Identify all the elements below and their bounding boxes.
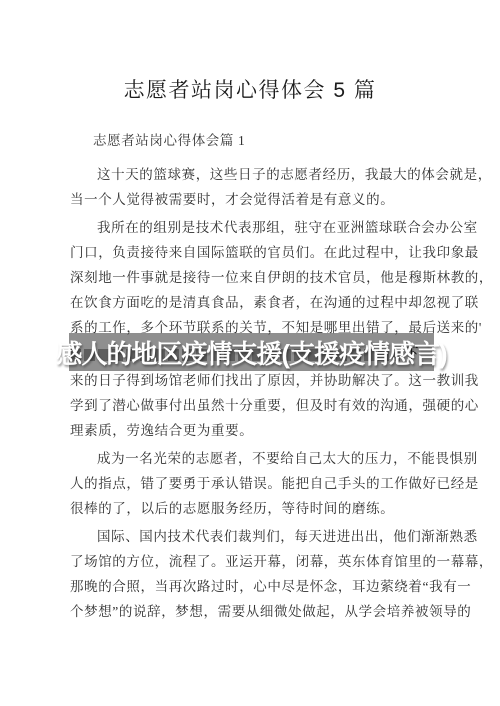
paragraph-line: 学到了潜心做事付出虽然十分重要，但及时有效的沟通，强硬的心: [70, 393, 430, 418]
document-body: 这十天的篮球赛，这些日子的志愿者经历，我最大的体会就是， 当一个人觉得被需要时，…: [70, 162, 430, 624]
paragraph-line: 那晚的合照，当再次路过时，心中尽是怀念，耳边萦绕着“我有一: [70, 574, 430, 599]
watermark-banner: 感人的地区疫情支援(支援疫情感言): [69, 333, 434, 371]
section-heading: 志愿者站岗心得体会篇 1: [70, 131, 430, 151]
paragraph-line: 理素质，劳逸结合更为重要。: [70, 418, 430, 443]
paragraph-line: 深刻地一件事就是接待一位来自伊朗的技术官员，他是穆斯林教的，: [70, 265, 430, 290]
paragraph-line: 我所在的组别是技术代表那组，驻守在亚洲篮球联合会办公室: [70, 215, 430, 240]
paragraph-line: 这十天的篮球赛，这些日子的志愿者经历，我最大的体会就是，: [70, 162, 430, 187]
paragraph-line: 人的指点，错了要勇于承认错误。能把自己手头的工作做好已经是: [70, 471, 430, 496]
paragraph-line: 了场馆的方位，流程了。亚运开幕，闭幕，英东体育馆里的一幕幕，: [70, 549, 430, 574]
paragraph-line: 来的日子得到场馆老师们找出了原因，并协助解决了。这一教训我: [70, 368, 430, 393]
document-page: 志愿者站岗心得体会 5 篇 志愿者站岗心得体会篇 1 这十天的篮球赛，这些日子的…: [0, 0, 500, 706]
paragraph-line: 很棒的了，以后的志愿服务经历，等待时间的磨练。: [70, 496, 430, 521]
paragraph-line: 国际、国内技术代表们裁判们，每天进进出出，他们渐渐熟悉: [70, 524, 430, 549]
document-title: 志愿者站岗心得体会 5 篇: [0, 74, 500, 104]
paragraph-line: 门口，负责接待来自国际篮联的官员们。在此过程中，让我印象最: [70, 240, 430, 265]
paragraph-line: 个梦想”的说辞，梦想，需要从细微处做起，从学会培养被领导的: [70, 599, 430, 624]
paragraph-line: 当一个人觉得被需要时，才会觉得活着是有意义的。: [70, 187, 430, 212]
paragraph-line: 成为一名光荣的志愿者，不要给自己太大的压力，不能畏惧别: [70, 446, 430, 471]
watermark-banner-text: 感人的地区疫情支援(支援疫情感言): [56, 334, 446, 371]
paragraph-line: 在饮食方面吃的是清真食品，素食者，在沟通的过程中却忽视了联: [70, 290, 430, 315]
